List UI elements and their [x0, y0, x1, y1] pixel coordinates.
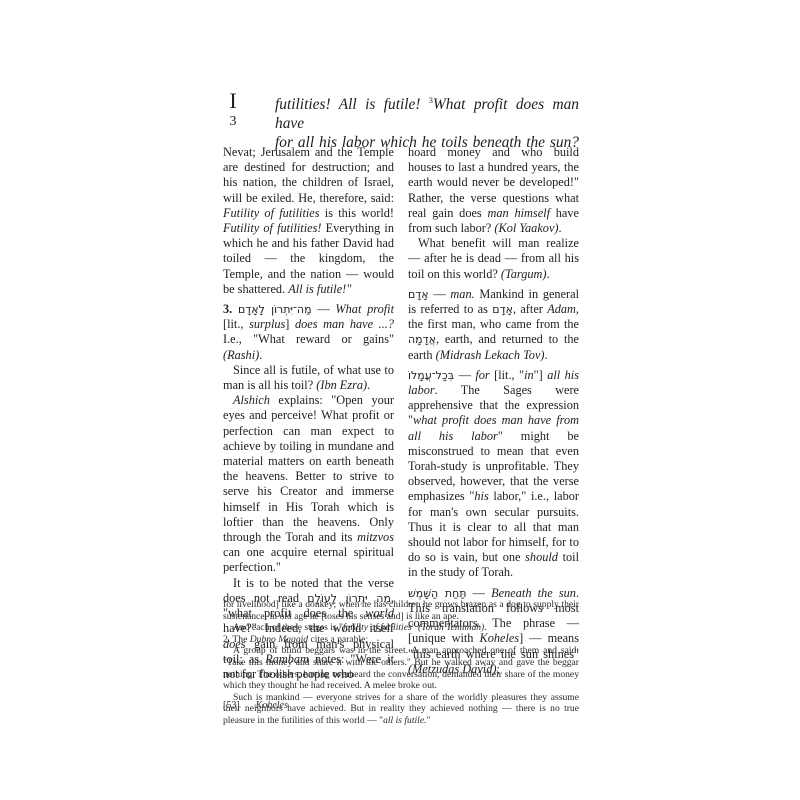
chapter-verse-marker: I 3 — [223, 90, 243, 130]
footnote-text: A group of blind beggars was in the stre… — [223, 645, 579, 691]
verse-number: 3 — [223, 114, 243, 130]
footnote-2: 2. The Dubno Maggid cites a parable: — [223, 634, 579, 646]
commentary-paragraph: hoard money and who build houses to last… — [408, 145, 579, 236]
hebrew-lemma: אָדָם — [408, 288, 429, 301]
verse-line-1: futilities! All is futile! 3What profit … — [275, 91, 579, 133]
page-number: [53] — [223, 700, 240, 711]
chapter-number: I — [223, 90, 243, 112]
commentary-heading-adam: אָדָם — man. Mankind in general is refer… — [408, 287, 579, 363]
commentary-heading-all-his-labor: בְּכָל־עֲמָלוֹ — for [lit., "in"] all hi… — [408, 368, 579, 581]
commentary-right-column: hoard money and who build houses to last… — [408, 145, 579, 677]
book-page: I 3 futilities! All is futile! 3What pro… — [0, 0, 800, 800]
commentary-paragraph: What benefit will man realize — after he… — [408, 236, 579, 282]
hebrew-lemma: תַּחַת הַשָּׁמֶשׁ — [408, 587, 467, 600]
commentary-paragraph: Nevat; Jerusalem and the Temple are dest… — [223, 145, 394, 297]
running-head: Koheles — [256, 700, 288, 711]
commentary-paragraph: Since all is futile, of what use to man … — [223, 363, 394, 393]
footnote-text: for livelihood] like a donkey; when he h… — [223, 599, 579, 622]
hebrew-lemma: בְּכָל־עֲמָלוֹ — [408, 369, 454, 382]
commentary-paragraph: Alshich explains: "Open your eyes and pe… — [223, 393, 394, 575]
hebrew-lemma: מַה־יִּתְרוֹן לָאָדָם — [238, 303, 312, 316]
commentary-heading-verse-3: 3. מַה־יִּתְרוֹן לָאָדָם — What profit [… — [223, 302, 394, 363]
page-footer: [53]Koheles — [223, 700, 288, 711]
footnote-text: And each of these stages is "futility of… — [223, 622, 579, 634]
verse-translation: futilities! All is futile! 3What profit … — [275, 91, 579, 152]
